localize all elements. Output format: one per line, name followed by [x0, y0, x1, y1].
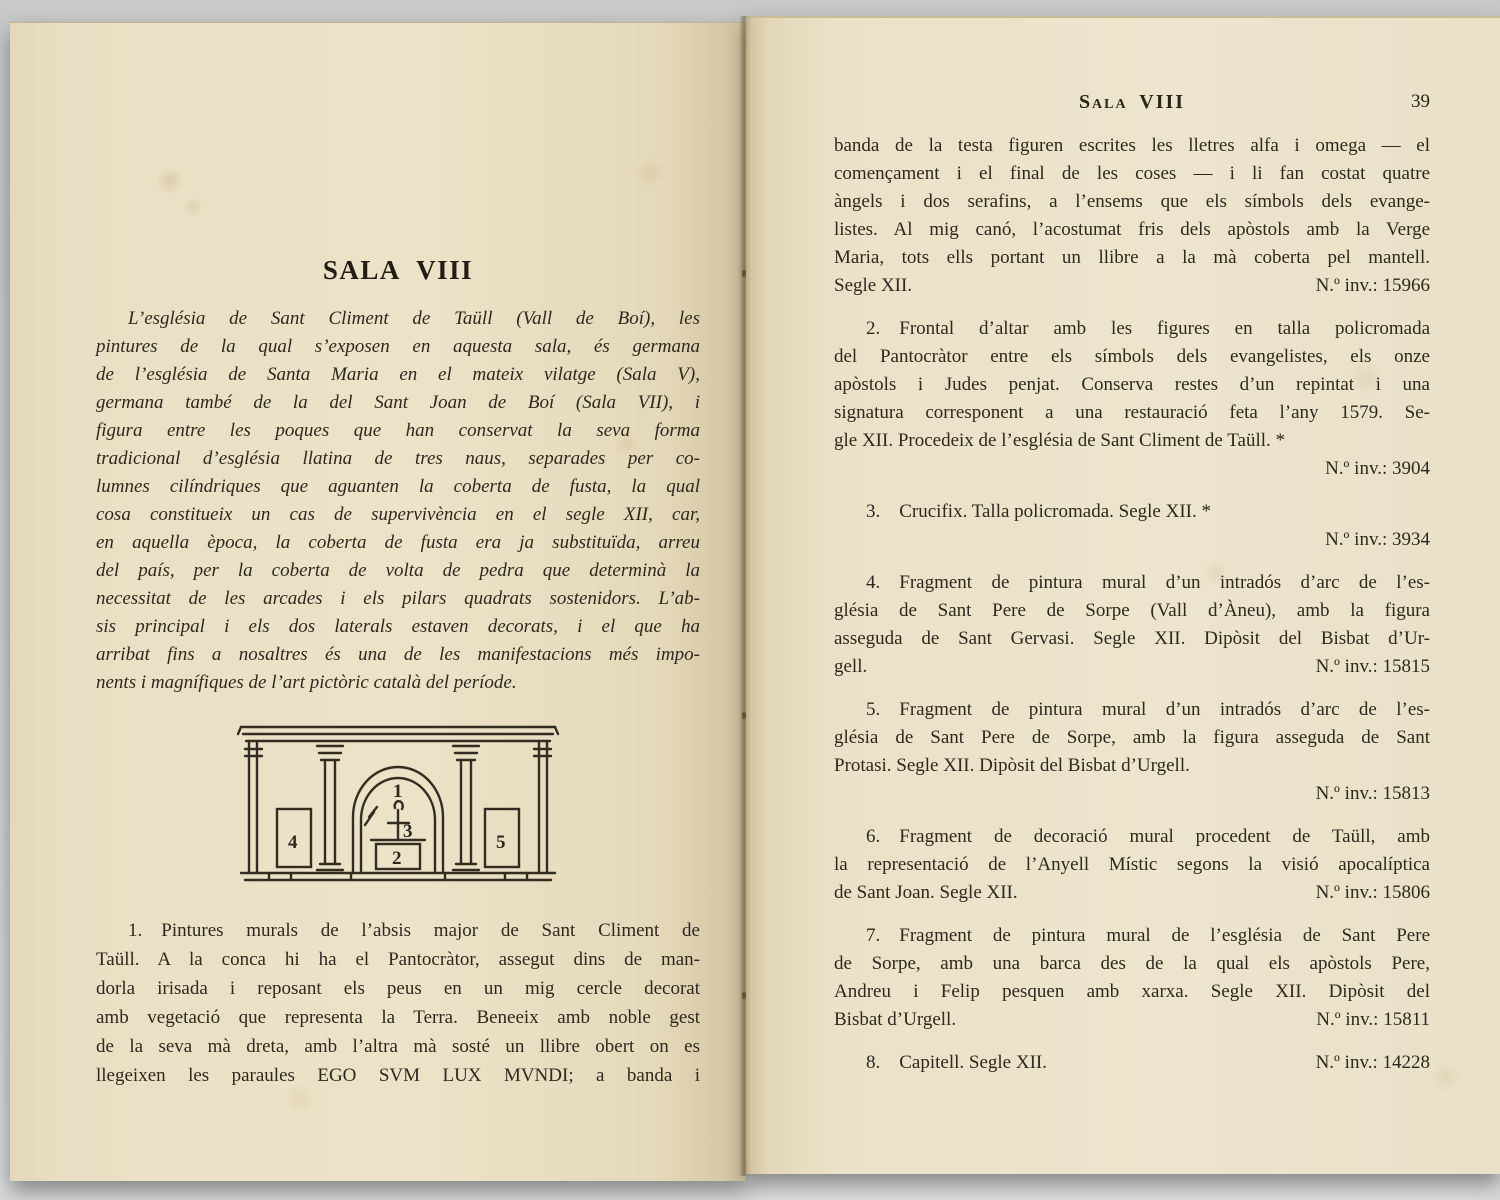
text-line: signatura corresponent a una restauració…: [834, 399, 1430, 427]
text-line: 6. Fragment de decoració mural procedent…: [834, 823, 1430, 851]
text-line: la representació de l’Anyell Místic sego…: [834, 851, 1430, 879]
catalog-entry: 5. Fragment de pintura mural d’un intrad…: [834, 696, 1430, 808]
inventory-number: N.º inv.: 15815: [1316, 653, 1430, 681]
text-line: de la seva mà dreta, amb l’altra mà sost…: [96, 1032, 700, 1061]
text-line: cosa constitueix un cas de supervivència…: [96, 501, 700, 529]
running-header: Sala VIII 39: [834, 88, 1430, 114]
text-line: 5. Fragment de pintura mural d’un intrad…: [834, 696, 1430, 724]
text-line: necessitat de les arcades i els pilars q…: [96, 585, 700, 613]
entry-tail-row: gell.N.º inv.: 15815: [834, 653, 1430, 681]
text-line: germana també de la del Sant Joan de Boí…: [96, 389, 700, 417]
text-line: pintures de la qual s’exposen en aquesta…: [96, 333, 700, 361]
entry-tail-row: N.º inv.: 3934: [834, 526, 1430, 554]
figure-label-4: 4: [288, 832, 298, 853]
catalog-entry: 3. Crucifix. Talla policromada. Segle XI…: [834, 498, 1430, 554]
inventory-number: N.º inv.: 3934: [1325, 526, 1430, 554]
text-line: de Sorpe, amb una barca des de la qual e…: [834, 950, 1430, 978]
text-line: lumnes cilíndriques que aguanten la cobe…: [96, 473, 700, 501]
inventory-number: N.º inv.: 15813: [1316, 780, 1430, 808]
text-line: gle XII. Procedeix de l’església de Sant…: [834, 427, 1430, 455]
text-line: del Pantocràtor entre els símbols dels e…: [834, 343, 1430, 371]
figure-drawing: 1 2 3 4 5: [233, 713, 563, 891]
text-line: 2. Frontal d’altar amb les figures en ta…: [834, 315, 1430, 343]
text-line: de l’església de Santa Maria en el matei…: [96, 361, 700, 389]
text-line: figura entre les poques que han conserva…: [96, 417, 700, 445]
text-line: 4. Fragment de pintura mural d’un intrad…: [834, 569, 1430, 597]
inventory-number: N.º inv.: 3904: [1325, 455, 1430, 483]
text-line: en aquella època, la coberta de fusta er…: [96, 529, 700, 557]
entry-tail-row: Bisbat d’Urgell.N.º inv.: 15811: [834, 1006, 1430, 1034]
figure-label-2: 2: [392, 848, 402, 869]
text-line: listes. Al mig canó, l’acostumat fris de…: [834, 216, 1430, 244]
text-line: àngels i dos serafins, a l’ensems que el…: [834, 188, 1430, 216]
stitch-mark: [742, 992, 746, 999]
stitch-mark: [742, 712, 746, 719]
entry-tail-row: de Sant Joan. Segle XII.N.º inv.: 15806: [834, 879, 1430, 907]
catalog-entry: 2. Frontal d’altar amb les figures en ta…: [834, 315, 1430, 483]
text-line: apòstols i Judes penjat. Conserva restes…: [834, 371, 1430, 399]
text-line: Protasi. Segle XII. Dipòsit del Bisbat d…: [834, 752, 1430, 780]
entry-tail-text: Segle XII.: [834, 272, 912, 300]
inventory-number: N.º inv.: 14228: [1316, 1049, 1430, 1077]
text-line: amb vegetació que representa la Terra. B…: [96, 1003, 700, 1032]
text-line: llegeixen les paraules EGO SVM LUX MVNDI…: [96, 1061, 700, 1090]
lead-paragraph: L’església de Sant Climent de Taüll (Val…: [96, 305, 700, 697]
inventory-number: N.º inv.: 15811: [1316, 1006, 1430, 1034]
text-line: dorla irisada i reposant els peus en un …: [96, 974, 700, 1003]
catalog-entry: banda de la testa figuren escrites les l…: [834, 132, 1430, 300]
catalog-entry: 8. Capitell. Segle XII.N.º inv.: 14228: [834, 1049, 1430, 1077]
text-line: asseguda de Sant Gervasi. Segle XII. Dip…: [834, 625, 1430, 653]
entry-tail-row: 8. Capitell. Segle XII.N.º inv.: 14228: [834, 1049, 1430, 1077]
text-line: arribat fins a nosaltres és una de les m…: [96, 641, 700, 669]
figure-label-5: 5: [496, 832, 506, 853]
text-line: sis principal i els dos laterals estaven…: [96, 613, 700, 641]
stitch-mark: [742, 270, 746, 277]
left-pilaster: [245, 741, 262, 873]
left-text-column: SALA VIII L’església de Sant Climent de …: [96, 253, 700, 1090]
text-line: 7. Fragment de pintura mural de l’esglés…: [834, 922, 1430, 950]
item-1-paragraph: 1. Pintures murals de l’absis major de S…: [96, 916, 700, 1090]
entry-tail-row: N.º inv.: 15813: [834, 780, 1430, 808]
text-line: 1. Pintures murals de l’absis major de S…: [96, 916, 700, 945]
page-number: 39: [1411, 88, 1430, 116]
figure-label-1: 1: [393, 781, 403, 802]
right-page: Sala VIII 39 banda de la testa figuren e…: [746, 16, 1500, 1174]
text-line: començament i el final de les coses — i …: [834, 160, 1430, 188]
entries: banda de la testa figuren escrites les l…: [834, 132, 1430, 1077]
book-gutter: [739, 16, 751, 1176]
entry-tail-text: de Sant Joan. Segle XII.: [834, 879, 1018, 907]
text-line: glésia de Sant Pere de Sorpe, amb la fig…: [834, 724, 1430, 752]
entry-tail-text: 8. Capitell. Segle XII.: [866, 1049, 1047, 1077]
inventory-number: N.º inv.: 15806: [1316, 879, 1430, 907]
text-line: banda de la testa figuren escrites les l…: [834, 132, 1430, 160]
left-page: SALA VIII L’església de Sant Climent de …: [10, 22, 746, 1181]
entry-tail-row: N.º inv.: 3904: [834, 455, 1430, 483]
text-line: del país, per la coberta de volta de ped…: [96, 557, 700, 585]
apse-elevation-figure: 1 2 3 4 5: [233, 713, 563, 900]
running-header-title: Sala VIII: [834, 88, 1430, 116]
inventory-number: N.º inv.: 15966: [1316, 272, 1430, 300]
text-line: Taüll. A la conca hi ha el Pantocràtor, …: [96, 945, 700, 974]
text-line: Andreu i Felip pesquen amb xarxa. Segle …: [834, 978, 1430, 1006]
entry-tail-row: Segle XII.N.º inv.: 15966: [834, 272, 1430, 300]
text-line: nents i magnífiques de l’art pictòric ca…: [96, 669, 700, 697]
entry-tail-text: Bisbat d’Urgell.: [834, 1006, 956, 1034]
text-line: tradicional d’església llatina de tres n…: [96, 445, 700, 473]
right-pilaster: [534, 741, 551, 873]
right-text-column: Sala VIII 39 banda de la testa figuren e…: [834, 88, 1430, 1092]
text-line: Maria, tots ells portant un llibre a la …: [834, 244, 1430, 272]
left-column: [317, 746, 343, 870]
entry-tail-text: gell.: [834, 653, 867, 681]
catalog-entry: 4. Fragment de pintura mural d’un intrad…: [834, 569, 1430, 681]
text-line: glésia de Sant Pere de Sorpe (Vall d’Àne…: [834, 597, 1430, 625]
catalog-entry: 6. Fragment de decoració mural procedent…: [834, 823, 1430, 907]
section-title: SALA VIII: [96, 253, 700, 287]
text-line: L’església de Sant Climent de Taüll (Val…: [96, 305, 700, 333]
text-line: 3. Crucifix. Talla policromada. Segle XI…: [834, 498, 1430, 526]
figure-label-3: 3: [403, 821, 413, 842]
right-column: [453, 746, 479, 870]
catalog-entry: 7. Fragment de pintura mural de l’esglés…: [834, 922, 1430, 1034]
